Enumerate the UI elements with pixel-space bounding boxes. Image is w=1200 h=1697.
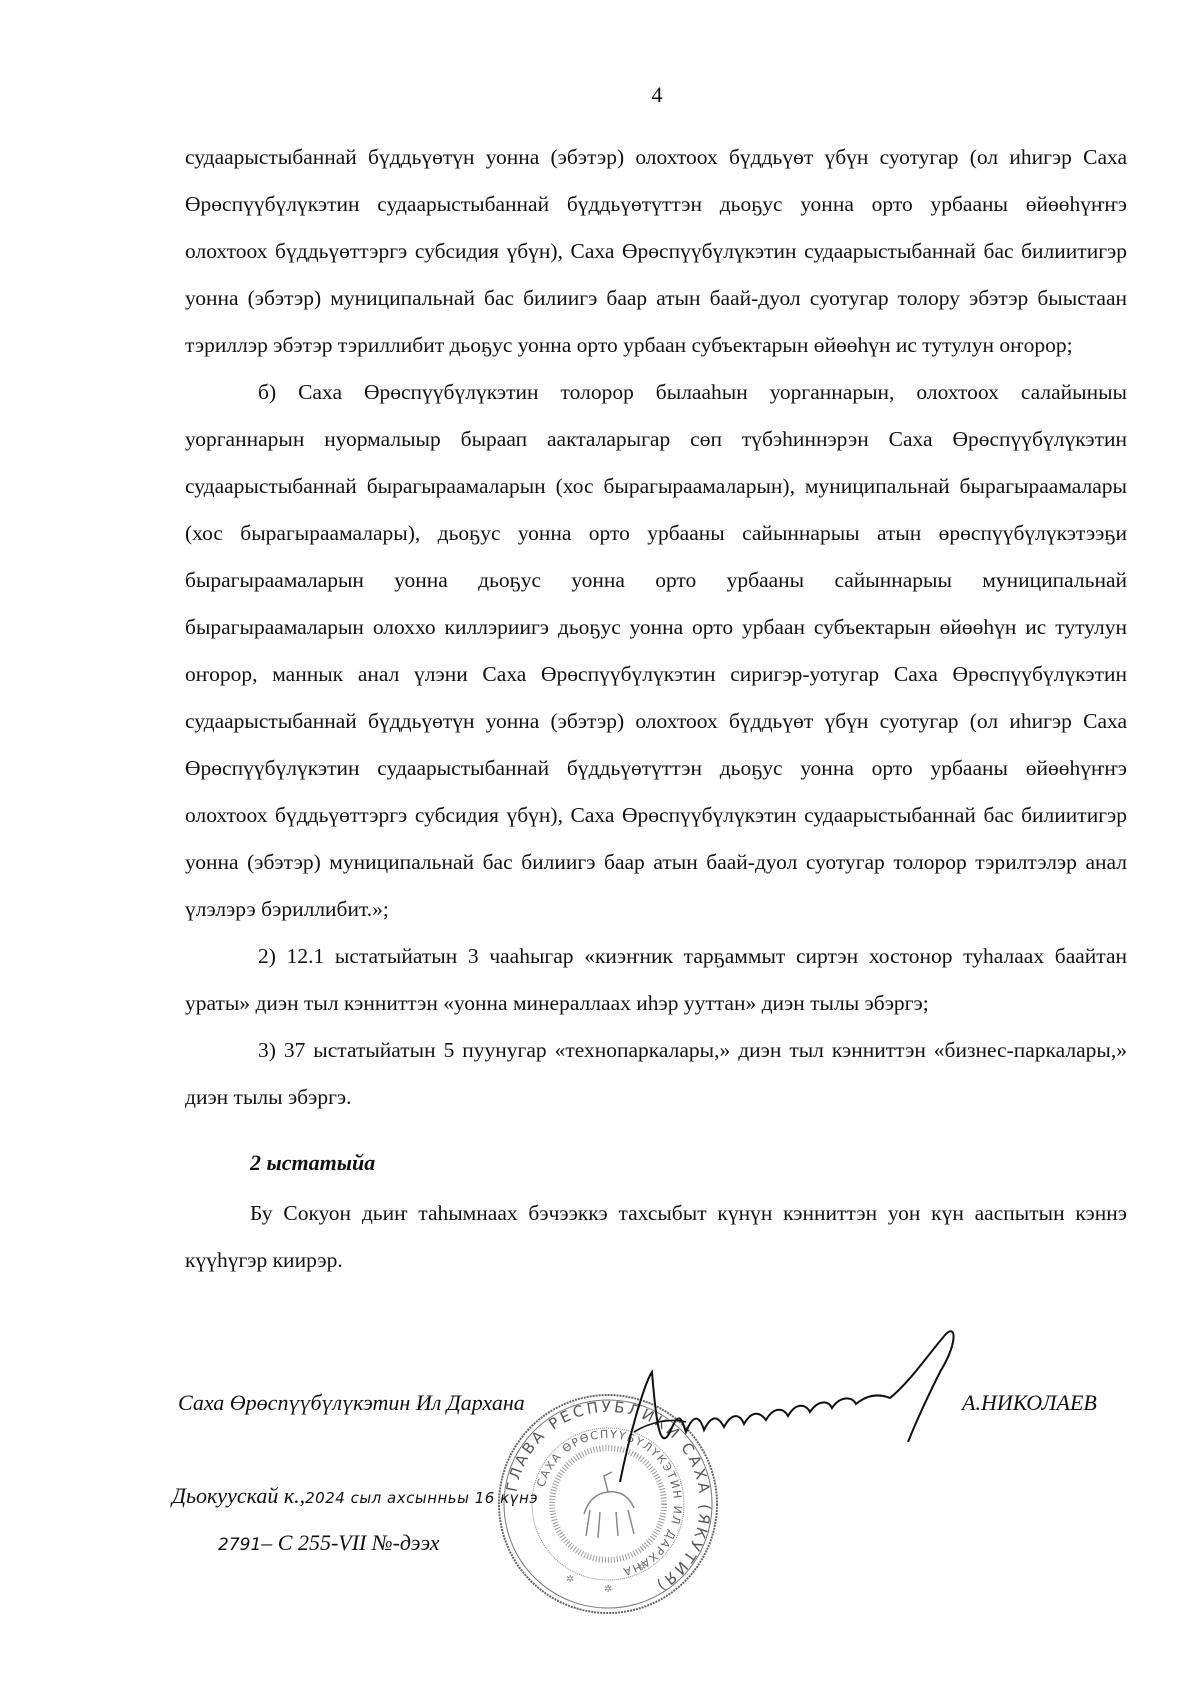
signatory-title: Саха Өрөспүүбүлүкэтин Ил Дархана <box>178 1390 525 1416</box>
body-text: судаарыстыбаннай бүддьүөтүн уонна (эбэтэ… <box>185 134 1127 1121</box>
signatory-name: А.НИКОЛАЕВ <box>962 1390 1097 1416</box>
law-number: 2791– С 255-VII №-дээх <box>218 1530 440 1556</box>
article-2-text: Бу Сокуон дьиҥ таһымнаах бэчээккэ тахсыб… <box>185 1190 1127 1284</box>
svg-text:✲: ✲ <box>638 1562 646 1573</box>
law-number-handwritten: 2791 <box>218 1535 261 1555</box>
signing-place: Дьокуускай к., <box>172 1483 305 1508</box>
svg-text:✲: ✲ <box>566 1574 574 1585</box>
paragraph-b: б) Саха Өрөспүүбүлүкэтин толорор былааһы… <box>185 369 1127 933</box>
paragraph-item-3: 3) 37 ыстатыйатын 5 пуунугар «технопарка… <box>185 1027 1127 1121</box>
signing-place-date: Дьокуускай к.,2024 сыл ахсынньы 16 күнэ <box>172 1483 538 1509</box>
svg-text:✲: ✲ <box>604 1584 612 1595</box>
paragraph-item-2: 2) 12.1 ыстатыйатын 3 чааһыгар «киэҥник … <box>185 933 1127 1027</box>
handwritten-signature-icon <box>590 1312 1010 1502</box>
page-number: 4 <box>0 82 1200 108</box>
law-number-suffix: – С 255-VII №-дээх <box>261 1530 439 1555</box>
paragraph-continuation: судаарыстыбаннай бүддьүөтүн уонна (эбэтэ… <box>185 134 1127 369</box>
article-2-heading: 2 ыстатыйа <box>250 1150 375 1176</box>
signing-date-handwritten: 2024 сыл ахсынньы 16 күнэ <box>305 1489 538 1507</box>
